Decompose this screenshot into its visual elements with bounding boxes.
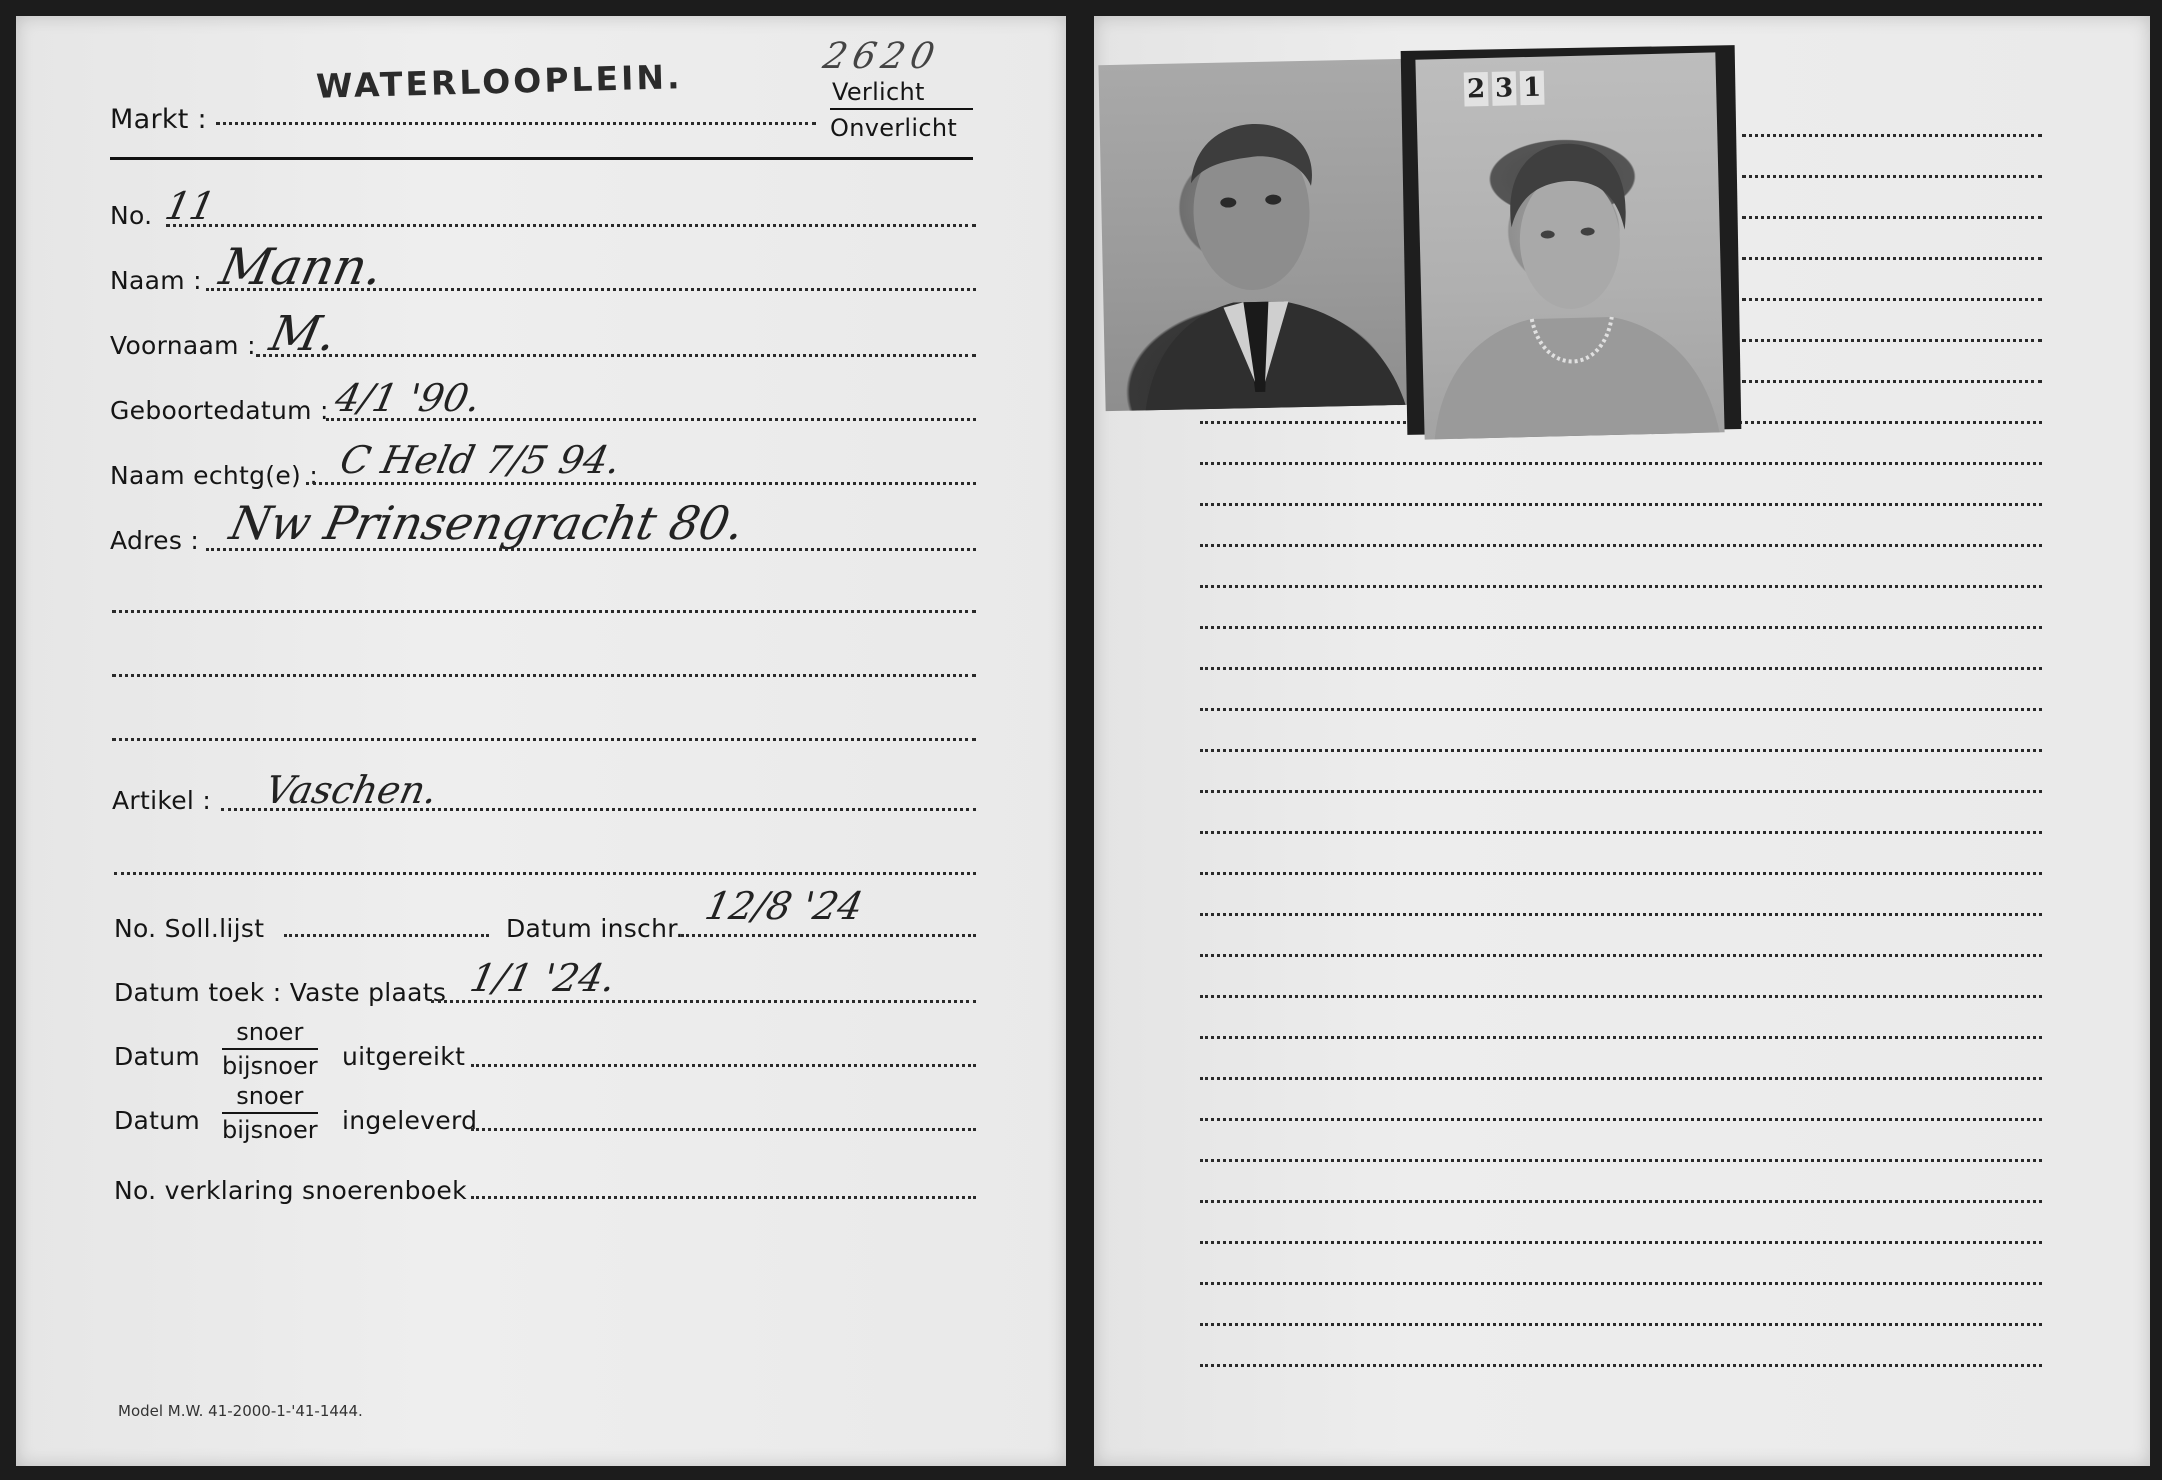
naam-label: Naam :	[110, 266, 202, 295]
snoer-uitgereikt-suffix: uitgereikt	[342, 1042, 465, 1071]
ruled-line[interactable]	[1200, 1200, 2042, 1203]
fraction-top: snoer	[222, 1082, 318, 1114]
portrait-photo-man	[1098, 59, 1411, 411]
datum-toek-label: Datum toek : Vaste plaats	[114, 978, 446, 1007]
registration-card-front: WATERLOOPLEIN. 2620 Verlicht Onverlicht …	[16, 16, 1066, 1466]
datum-toek-value: 1/1 '24.	[466, 956, 619, 1000]
market-stamp: WATERLOOPLEIN.	[316, 57, 683, 106]
snoer-ingeleverd-fraction: snoer bijsnoer	[222, 1082, 318, 1144]
snoer-uitgereikt-field[interactable]	[471, 1064, 976, 1067]
artikel-value: Vaschen.	[261, 768, 441, 812]
ruled-line[interactable]	[1742, 175, 2042, 178]
adres-label: Adres :	[110, 526, 199, 555]
adres-value: Nw Prinsengracht 80.	[225, 496, 749, 550]
lighting-divider	[830, 108, 973, 110]
ruled-line[interactable]	[1200, 1159, 2042, 1162]
registration-card-back: 2 3 1	[1094, 16, 2150, 1466]
no-value: 11	[161, 184, 219, 228]
snoer-uitgereikt-fraction: snoer bijsnoer	[222, 1018, 318, 1080]
datum-toek-field[interactable]	[431, 1000, 976, 1003]
photo-number-label: 2 3 1	[1464, 71, 1545, 107]
ruled-line[interactable]	[1742, 339, 2042, 342]
card-number-handwritten: 2620	[820, 36, 944, 77]
ruled-line[interactable]	[1742, 298, 2042, 301]
ruled-line[interactable]	[1200, 708, 2042, 711]
ruled-line[interactable]	[1200, 667, 2042, 670]
geboortedatum-label: Geboortedatum :	[110, 396, 329, 425]
ruled-line[interactable]	[1742, 380, 2042, 383]
datum-inschr-label: Datum inschr.	[506, 914, 684, 943]
ruled-line[interactable]	[1200, 585, 2042, 588]
geboortedatum-value: 4/1 '90.	[331, 376, 484, 420]
portrait-photo-woman: 2 3 1	[1415, 52, 1724, 439]
ruled-line[interactable]	[1200, 954, 2042, 957]
datum-inschr-field[interactable]	[681, 934, 976, 937]
markt-label: Markt :	[110, 104, 207, 135]
no-soll-lijst-label: No. Soll.lijst	[114, 914, 264, 943]
naam-field[interactable]	[206, 288, 976, 291]
ruled-line[interactable]	[1200, 503, 2042, 506]
ruled-line[interactable]	[1200, 626, 2042, 629]
voornaam-field[interactable]	[256, 354, 976, 357]
man-silhouette-icon	[1098, 59, 1411, 411]
form-model-number: Model M.W. 41-2000-1-'41-1444.	[118, 1402, 363, 1420]
ruled-line[interactable]	[1200, 913, 2042, 916]
snoer-ingeleverd-suffix: ingeleverd	[342, 1106, 477, 1135]
geboortedatum-field[interactable]	[326, 418, 976, 421]
photo-digit: 3	[1492, 71, 1517, 106]
header-divider	[110, 157, 973, 160]
fraction-top: snoer	[222, 1018, 318, 1050]
ruled-line[interactable]	[1742, 134, 2042, 137]
ruled-line[interactable]	[1200, 831, 2042, 834]
verklaring-field[interactable]	[471, 1196, 976, 1199]
ruled-line[interactable]	[1742, 216, 2042, 219]
ruled-line[interactable]	[1200, 995, 2042, 998]
no-label: No.	[110, 201, 152, 230]
ruled-line[interactable]	[1200, 1036, 2042, 1039]
ruled-line[interactable]	[1200, 1364, 2042, 1367]
ruled-line[interactable]	[1200, 1118, 2042, 1121]
adres-extra-line[interactable]	[112, 674, 976, 677]
markt-field[interactable]	[216, 122, 816, 125]
ruled-line[interactable]	[1200, 1241, 2042, 1244]
fraction-bottom: bijsnoer	[222, 1114, 318, 1144]
snoer-ingeleverd-field[interactable]	[471, 1128, 976, 1131]
snoer-ingeleverd-prefix: Datum	[114, 1106, 200, 1135]
ruled-line[interactable]	[1200, 544, 2042, 547]
snoer-uitgereikt-prefix: Datum	[114, 1042, 200, 1071]
artikel-field[interactable]	[221, 808, 976, 811]
ruled-line[interactable]	[1200, 1323, 2042, 1326]
lighting-option-verlicht: Verlicht	[832, 78, 925, 106]
adres-field[interactable]	[206, 548, 976, 551]
lighting-option-onverlicht: Onverlicht	[830, 114, 957, 142]
fraction-bottom: bijsnoer	[222, 1050, 318, 1080]
ruled-line[interactable]	[1742, 257, 2042, 260]
ruled-line[interactable]	[1200, 749, 2042, 752]
no-field[interactable]	[166, 224, 976, 227]
ruled-line[interactable]	[1200, 1077, 2042, 1080]
woman-silhouette-icon	[1415, 52, 1724, 439]
adres-extra-line[interactable]	[112, 610, 976, 613]
naam-echtgenote-value: C Held 7/5 94.	[336, 438, 624, 482]
naam-echtgenote-field[interactable]	[306, 482, 976, 485]
voornaam-label: Voornaam :	[110, 331, 256, 360]
adres-extra-line[interactable]	[112, 738, 976, 741]
naam-echtgenote-label: Naam echtg(e) :	[110, 461, 318, 490]
photo-digit: 1	[1520, 71, 1545, 106]
artikel-label: Artikel :	[112, 786, 211, 815]
ruled-line[interactable]	[1200, 790, 2042, 793]
artikel-extra-line[interactable]	[114, 872, 976, 875]
datum-inschr-value: 12/8 '24	[701, 884, 867, 928]
photo-digit: 2	[1464, 72, 1489, 107]
verklaring-label: No. verklaring snoerenboek	[114, 1176, 467, 1205]
ruled-line[interactable]	[1200, 872, 2042, 875]
ruled-line[interactable]	[1200, 1282, 2042, 1285]
no-soll-lijst-field[interactable]	[284, 934, 489, 937]
ruled-line[interactable]	[1200, 462, 2042, 465]
